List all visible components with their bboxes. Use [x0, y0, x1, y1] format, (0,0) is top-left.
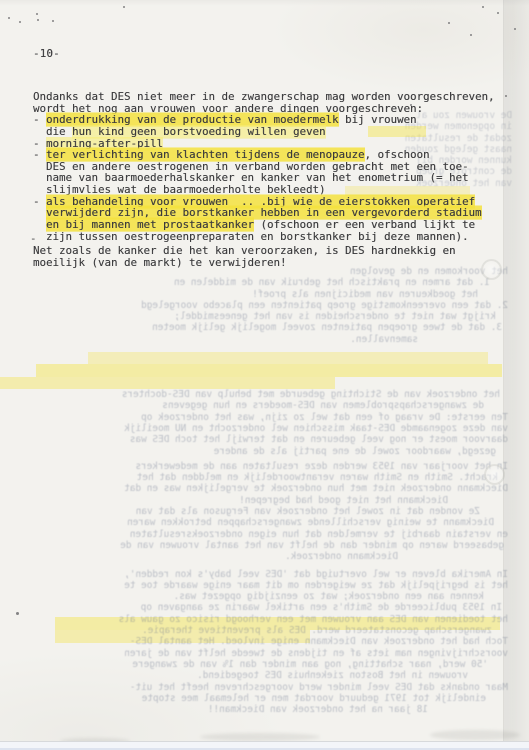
bleed-line: 18 jaar na het onderzoek van Dieckman!! [16, 704, 508, 715]
dust-speck [448, 22, 450, 24]
dust-speck [36, 13, 38, 15]
highlight-ghost [36, 364, 502, 377]
bleed-line: In 1953 publiceerde de Smith's een artik… [16, 602, 508, 613]
bleed-line: voorschrijvingen nam iets af en tijdens … [16, 648, 508, 659]
bleed-line: kennen aan een onderzoek; wat zo eenzijd… [16, 591, 508, 602]
scanned-document-page: -10- De vrouwen zou alin opgenomen werde… [0, 0, 529, 750]
bleed-line: Dieckmann het niet goed had begrepen! [16, 495, 508, 506]
text-line: zijn tussen oestrogeenpreparaten en bors… [33, 231, 529, 243]
bleed-line: Maar ondanks dat DES veel minder werd vo… [16, 682, 508, 693]
main-text-block: Ondanks dat DES niet meer in de zwangers… [33, 91, 529, 242]
text-line: die hun kind geen borstvoeding willen ge… [33, 126, 529, 138]
dust-speck [8, 17, 10, 19]
bleed-line: gezegd, waardoor zowel de ene partij als… [16, 446, 508, 457]
bleed-through-text-main: het voorkomen en de gevolgen1. dat armen… [16, 266, 508, 715]
bleed-line: van deze zogenaamde DES-taak misschien w… [16, 423, 508, 434]
bleed-line: kracht. Smith en Smith waren verantwoord… [16, 472, 508, 483]
bleed-line: eindelijk tot 1971 geduurd voordat men e… [16, 693, 508, 704]
bleed-line: 2. dat een overeenkomstige groep patient… [16, 300, 508, 311]
dust-speck [19, 21, 21, 23]
bleed-line: Dieckmann te weinig verschillende zwange… [16, 517, 508, 528]
scan-smudge [200, 733, 320, 741]
hole-punch-ghost [484, 464, 505, 485]
bleed-line: gebaseerd waren op minder dan de helft v… [16, 540, 508, 551]
hole-punch-ghost [481, 259, 502, 280]
highlight-span: hun kind geen borstvoeding willen geven [72, 125, 326, 138]
dust-speck [497, 12, 499, 14]
bleed-line: In het voorjaar van 1953 werden deze res… [16, 461, 508, 472]
bleed-line: Dieckmann onderzoek. [16, 551, 508, 562]
bleed-line: daarvoor moest er nog veel gebeuren en d… [16, 434, 508, 445]
bleed-line: vrouwen in het Boston ziekenhuis DES toe… [16, 670, 508, 681]
page-number: -10- [33, 47, 60, 60]
bleed-line: Ze vonden dat in zowel het onderzoek van… [16, 506, 508, 517]
dust-speck [123, 6, 125, 8]
page-edge-bottom [0, 741, 529, 750]
dust-speck [52, 20, 54, 22]
bleed-line: het goedkeuren van medicijnen als proef! [16, 289, 508, 300]
bleed-line: 1. dat armen en praktisch het gebruik va… [16, 277, 508, 288]
closing-paragraph: Net zoals de kanker die het kan veroorza… [33, 245, 529, 268]
bleed-line: Ten eerste: De vraag of een dat wel zo z… [16, 412, 508, 423]
bleed-line: de zwangerschapsproblemen van DES-moeder… [16, 400, 508, 411]
bleed-line: '50 werd, naar schatting, nog aan minder… [16, 659, 508, 670]
bleed-line: 3. dat de twee groepen patienten zoveel … [16, 322, 508, 333]
bleed-line: zwangerschap geconstateerd werd. DES als… [16, 625, 508, 636]
dust-speck [37, 19, 39, 21]
bleed-line: Dieckmann onderzoek niet met hun onderzo… [16, 483, 508, 494]
bleed-line: samenvallen. [16, 334, 508, 345]
bleed-line: krijgt wat niet te onderscheiden is van … [16, 311, 508, 322]
bleed-line: het is begrijpelijk dat ze weigerden om … [16, 580, 508, 591]
text-line: moeilijk (van de markt) te verwijderen! [33, 257, 529, 269]
dust-speck [482, 6, 484, 8]
dust-speck [16, 612, 19, 615]
highlight-ghost [55, 617, 500, 630]
dust-speck [410, 104, 412, 106]
highlight-ghost [88, 352, 488, 364]
bleed-line: en verstain daarbij te vermelden dat hun… [16, 529, 508, 540]
bleed-line: Toch had het onderzoek van Dieckmann eni… [16, 636, 508, 647]
bleed-line: het toedienen van DES aan vrouwen met ee… [16, 614, 508, 625]
page-edge-right [503, 0, 529, 750]
highlight-ghost [0, 377, 335, 389]
bleed-line: In Amerika bleven er wel overtuigd dat '… [16, 569, 508, 580]
dust-speck [470, 34, 472, 36]
highlight-ghost [55, 630, 310, 643]
bleed-line: het onderzoek van de Stichting gebeurde … [16, 389, 508, 400]
